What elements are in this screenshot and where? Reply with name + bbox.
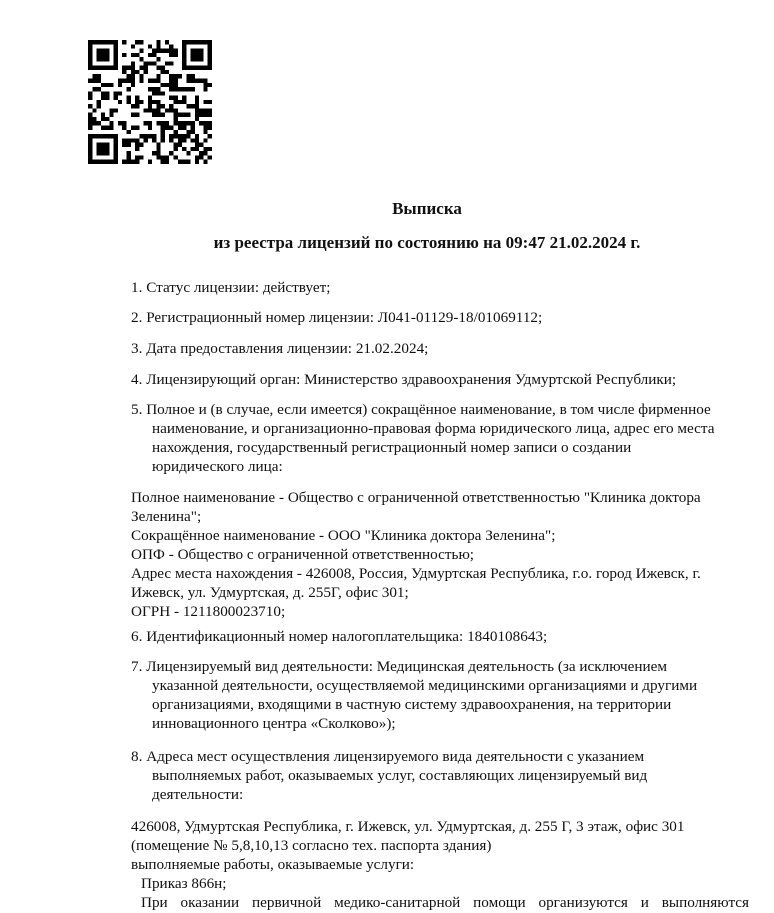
org-ogrn: ОГРН - 1211800023710;	[131, 602, 751, 621]
qr-code-icon	[88, 40, 212, 164]
item8-line2: выполняемых работ, оказываемых услуг, со…	[131, 766, 751, 785]
item5-line4: юридического лица:	[131, 457, 751, 476]
org-full-name-1: Полное наименование - Общество с огранич…	[131, 488, 751, 507]
item-licensing-authority: 4. Лицензирующий орган: Министерство здр…	[131, 370, 751, 389]
activity-place: 426008, Удмуртская Республика, г. Ижевск…	[131, 817, 751, 912]
org-full-name-2: Зеленина";	[131, 507, 751, 526]
item8-line1: 8. Адреса мест осуществления лицензируем…	[131, 747, 751, 766]
place-address-1: 426008, Удмуртская Республика, г. Ижевск…	[131, 817, 751, 836]
item5-line2: наименование, и организационно-правовая …	[131, 419, 751, 438]
place-order: Приказ 866н;	[131, 874, 751, 893]
item5-line1: 5. Полное и (в случае, если имеется) сок…	[131, 400, 751, 419]
place-services-intro: При оказании первичной медико-санитарной…	[131, 893, 749, 912]
item-activity-addresses: 8. Адреса мест осуществления лицензируем…	[131, 747, 751, 804]
document-title: Выписка	[40, 199, 774, 219]
item7-line1: 7. Лицензируемый вид деятельности: Медиц…	[131, 657, 751, 676]
org-opf: ОПФ - Общество с ограниченной ответствен…	[131, 545, 751, 564]
document-subtitle: из реестра лицензий по состоянию на 09:4…	[40, 233, 774, 253]
org-details: Полное наименование - Общество с огранич…	[131, 488, 751, 621]
org-address-1: Адрес места нахождения - 426008, Россия,…	[131, 564, 751, 583]
item-activity-type: 7. Лицензируемый вид деятельности: Медиц…	[131, 657, 751, 733]
org-address-2: Ижевск, ул. Удмуртская, д. 255Г, офис 30…	[131, 583, 751, 602]
item7-line2: указанной деятельности, осуществляемой м…	[131, 676, 751, 695]
place-works-label: выполняемые работы, оказываемые услуги:	[131, 855, 751, 874]
item5-line3: нахождения, государственный регистрацион…	[131, 438, 751, 457]
org-short-name: Сокращённое наименование - ООО "Клиника …	[131, 526, 751, 545]
item8-line3: деятельности:	[131, 785, 751, 804]
item-inn: 6. Идентификационный номер налогоплатель…	[131, 627, 751, 646]
item-license-status: 1. Статус лицензии: действует;	[131, 278, 751, 297]
item7-line3: организациями, входящими в частную систе…	[131, 695, 751, 714]
place-address-2: (помещение № 5,8,10,13 согласно тех. пас…	[131, 836, 751, 855]
item-org-name-section: 5. Полное и (в случае, если имеется) сок…	[131, 400, 751, 476]
item-grant-date: 3. Дата предоставления лицензии: 21.02.2…	[131, 339, 751, 358]
item7-line4: инновационного центра «Сколково»);	[131, 714, 751, 733]
item-registration-number: 2. Регистрационный номер лицензии: Л041-…	[131, 308, 751, 327]
